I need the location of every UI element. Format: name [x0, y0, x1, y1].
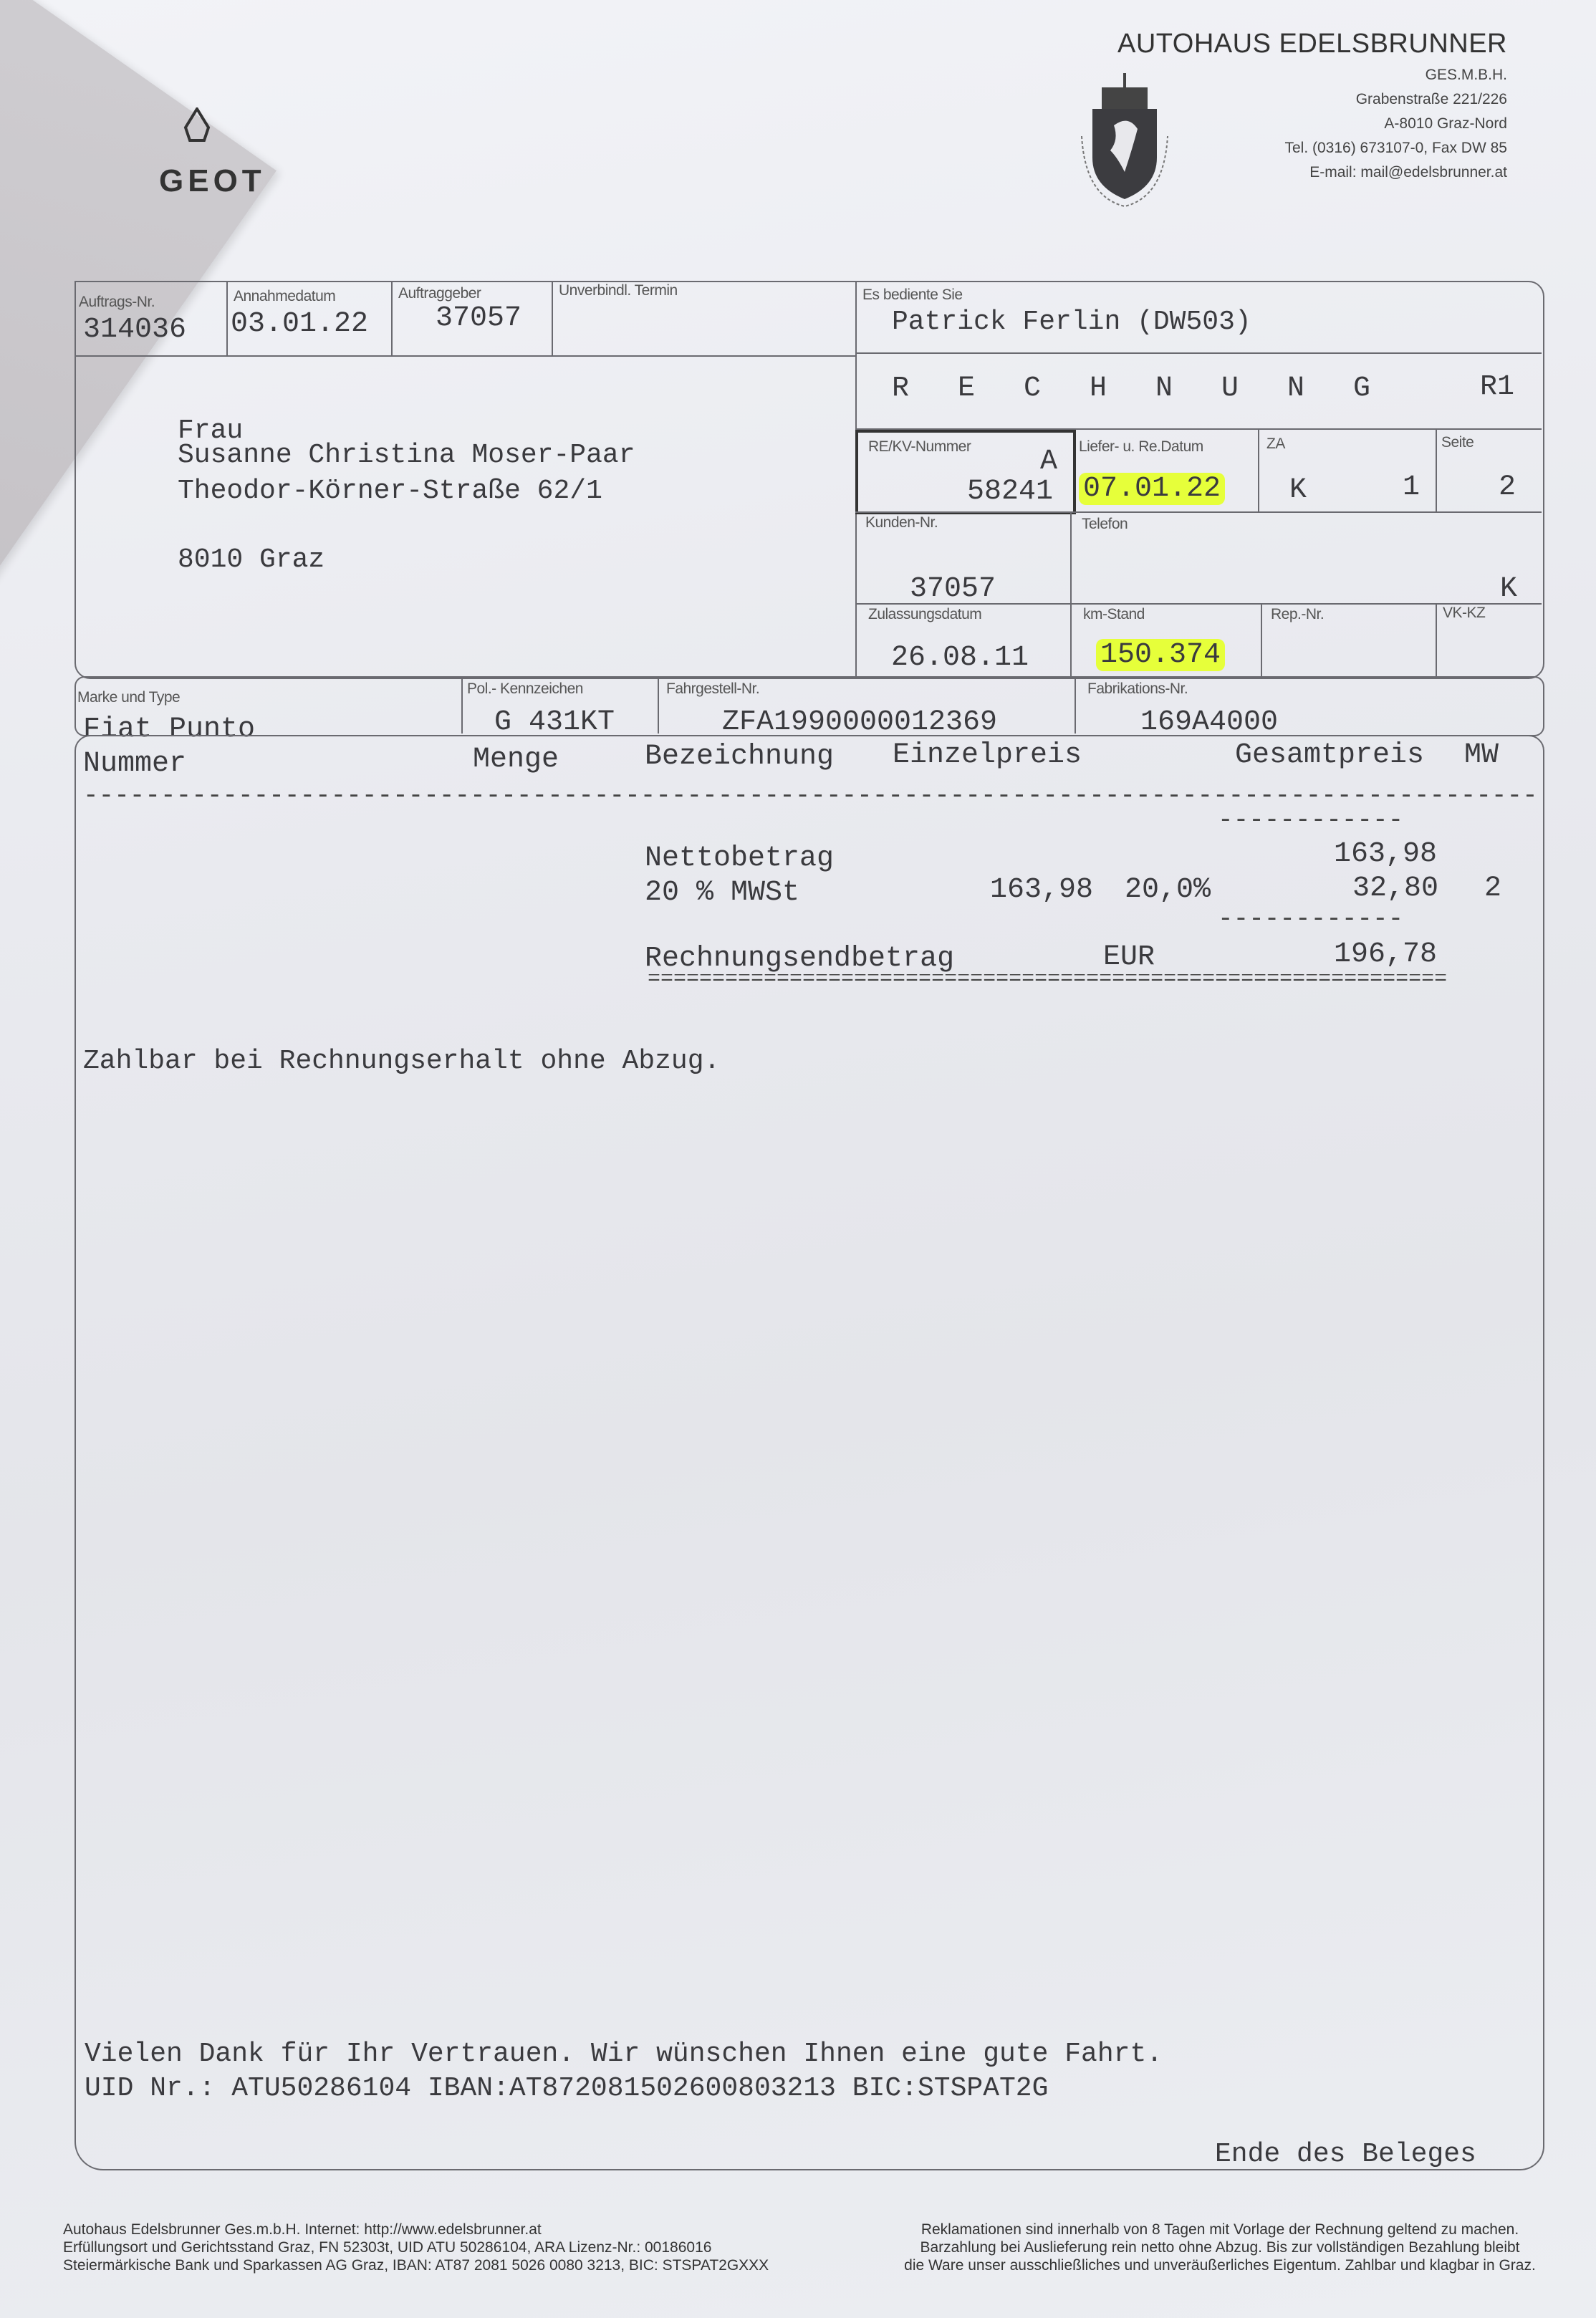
customer-number: 37057: [910, 573, 996, 605]
company-phone: Tel. (0316) 673107-0, Fax DW 85: [1117, 140, 1507, 157]
invoice-date: 07.01.22: [1079, 473, 1225, 505]
license-plate-label: Pol.- Kennzeichen: [467, 681, 583, 698]
divider: [1261, 603, 1262, 676]
grand-total: 196,78: [1334, 938, 1437, 971]
divider: [74, 355, 855, 357]
acceptance-date-label: Annahmedatum: [234, 288, 335, 305]
footer-line: Erfüllungsort und Gerichtsstand Graz, FN…: [63, 2238, 769, 2256]
customer-number-label: Kunden-Nr.: [865, 514, 938, 532]
divider: [391, 281, 393, 355]
recipient-street: Theodor-Körner-Straße 62/1: [178, 476, 602, 506]
served-by-label: Es bediente Sie: [862, 287, 963, 304]
footer-line: Steiermärkische Bank und Sparkassen AG G…: [63, 2256, 769, 2274]
footer-company-info: Autohaus Edelsbrunner Ges.m.b.H. Interne…: [63, 2221, 769, 2274]
divider: [1436, 428, 1437, 513]
appointment-label: Unverbindl. Termin: [559, 282, 678, 299]
manufacturing-number-label: Fabrikations-Nr.: [1087, 681, 1188, 698]
invoice-date-label: Liefer- u. Re.Datum: [1079, 438, 1203, 456]
divider: [226, 281, 228, 355]
served-by-name: Patrick Ferlin (DW503): [892, 307, 1251, 337]
col-total-price: Gesamtpreis: [1235, 739, 1424, 771]
vin-label: Fahrgestell-Nr.: [666, 681, 759, 698]
repair-number-label: Rep.-Nr.: [1271, 606, 1324, 623]
end-of-document: Ende des Beleges: [1215, 2139, 1476, 2170]
payment-note: Zahlbar bei Rechnungserhalt ohne Abzug.: [83, 1046, 720, 1077]
divider: [1436, 603, 1437, 676]
mileage-value: 150.374: [1096, 639, 1225, 671]
thank-you-note: Vielen Dank für Ihr Vertrauen. Wir wünsc…: [85, 2039, 1163, 2069]
divider: [855, 511, 1542, 513]
divider: [1258, 428, 1259, 513]
make-type-label: Marke und Type: [77, 689, 180, 706]
net-amount-label: Nettobetrag: [645, 842, 834, 875]
registration-date-label: Zulassungsdatum: [868, 606, 981, 623]
col-number: Nummer: [83, 748, 186, 780]
divider: [855, 352, 1542, 354]
divider: [552, 281, 553, 355]
grand-total-underline: ========================================…: [648, 974, 1448, 984]
col-vat: MW: [1464, 739, 1499, 771]
divider: [1075, 676, 1076, 734]
client-number: 37057: [436, 302, 521, 335]
brand-logo-text: GEOT: [159, 163, 266, 199]
footer-line: Barzahlung bei Auslieferung rein netto o…: [880, 2238, 1560, 2256]
order-number-label: Auftrags-Nr.: [79, 294, 155, 311]
recipient-name: Susanne Christina Moser-Paar: [178, 440, 635, 471]
net-amount: 163,98: [1334, 838, 1437, 870]
company-legal-form: GES.M.B.H.: [1117, 67, 1507, 84]
grand-total-label: Rechnungsendbetrag: [645, 943, 954, 975]
company-email: E-mail: mail@edelsbrunner.at: [1117, 164, 1507, 181]
vat-rate: 20,0%: [1125, 874, 1211, 906]
footer-line: Autohaus Edelsbrunner Ges.m.b.H. Interne…: [63, 2221, 769, 2238]
phone-flag: K: [1500, 573, 1517, 605]
vat-amount: 32,80: [1352, 872, 1438, 905]
za-code: K: [1289, 474, 1307, 506]
invoice-number-prefix: A: [1040, 446, 1057, 478]
invoice-date-value: 07.01.22: [1079, 473, 1225, 505]
col-unit-price: Einzelpreis: [893, 739, 1082, 771]
order-number: 314036: [83, 314, 186, 346]
vin: ZFA1990000012369: [722, 706, 997, 739]
mileage-label: km-Stand: [1083, 606, 1145, 623]
footer-terms: Reklamationen sind innerhalb von 8 Tagen…: [880, 2221, 1560, 2274]
company-city: A-8010 Graz-Nord: [1117, 115, 1507, 133]
client-label: Auftraggeber: [398, 285, 481, 302]
vkkz-label: VK-KZ: [1443, 605, 1485, 622]
za-label: ZA: [1266, 436, 1285, 453]
za-value: 1: [1403, 471, 1420, 504]
divider: [461, 676, 463, 734]
document-title: R E C H N U N G: [892, 372, 1386, 405]
col-description: Bezeichnung: [645, 741, 834, 773]
bank-details: UID Nr.: ATU50286104 IBAN:AT872081502600…: [85, 2073, 1048, 2104]
company-name: AUTOHAUS EDELSBRUNNER: [1117, 29, 1507, 59]
invoice-number: 58241: [967, 476, 1053, 508]
subtotal-divider: ------------: [1218, 805, 1447, 835]
manufacturing-number: 169A4000: [1140, 706, 1278, 739]
document-code: R1: [1480, 371, 1514, 403]
page-label: Seite: [1441, 434, 1474, 451]
vat-code: 2: [1484, 872, 1501, 905]
vat-label: 20 % MWSt: [645, 877, 799, 909]
footer-line: Reklamationen sind innerhalb von 8 Tagen…: [880, 2221, 1560, 2238]
total-divider: ------------: [1218, 904, 1447, 933]
license-plate: G 431KT: [494, 706, 615, 739]
divider: [658, 676, 659, 734]
acceptance-date: 03.01.22: [231, 308, 368, 340]
divider: [1070, 511, 1072, 676]
mileage: 150.374: [1096, 639, 1225, 671]
invoice-number-label: RE/KV-Nummer: [868, 438, 971, 456]
footer-line: die Ware unser ausschließliches und unve…: [880, 2256, 1560, 2274]
col-quantity: Menge: [473, 744, 559, 776]
page-number: 2: [1499, 471, 1516, 504]
company-street: Grabenstraße 221/226: [1117, 91, 1507, 108]
phone-label: Telefon: [1082, 516, 1128, 533]
vat-base: 163,98: [990, 874, 1093, 906]
peugeot-logo-icon: [183, 107, 211, 143]
recipient-city: 8010 Graz: [178, 544, 325, 575]
registration-date: 26.08.11: [891, 642, 1029, 674]
currency: EUR: [1103, 941, 1155, 973]
divider: [855, 603, 1542, 605]
company-header: AUTOHAUS EDELSBRUNNER GES.M.B.H. Grabens…: [1117, 29, 1507, 181]
